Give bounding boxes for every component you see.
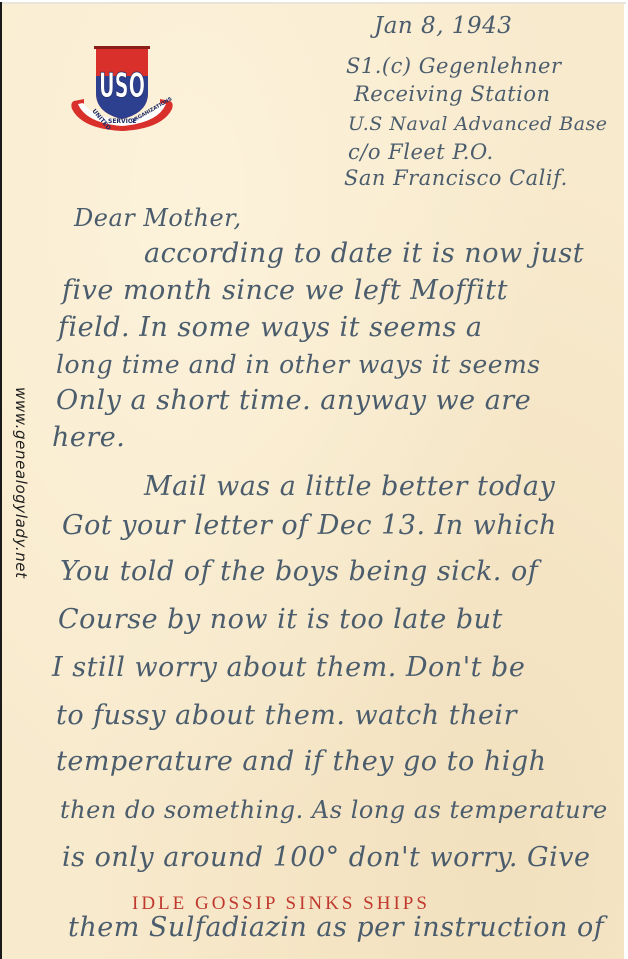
letter-line: You told of the boys being sick. of [60, 554, 538, 590]
watermark: www.genealogylady.net [10, 387, 32, 637]
address-line: c/o Fleet P.O. [348, 140, 494, 164]
letter-line: temperature and if they go to high [56, 744, 547, 780]
address-line: San Francisco Calif. [344, 166, 568, 190]
address-line: S1.(c) Gegenlehner [346, 54, 562, 78]
letter-line: to fussy about them. watch their [56, 698, 517, 734]
letter-line: then do something. As long as temperatur… [60, 792, 608, 828]
letter-line: Mail was a little better today [144, 469, 555, 505]
letter-line: Got your letter of Dec 13. In which [62, 508, 557, 544]
watermark-text: www.genealogylady.net [12, 387, 30, 579]
letter-line: here. [52, 420, 125, 456]
letter-paper: USO UNITED SERVICE ORGANIZATIONS Jan 8, … [0, 2, 624, 959]
letter-line: Course by now it is too late but [58, 602, 503, 638]
letter-line: I still worry about them. Don't be [52, 650, 525, 686]
address-line: U.S Naval Advanced Base [348, 112, 608, 136]
letter-line: five month since we left Moffitt [62, 273, 508, 309]
letter-line: them Sulfadiazin as per instruction of [68, 910, 604, 946]
paper-top-edge [2, 2, 626, 4]
uso-logo: USO UNITED SERVICE ORGANIZATIONS [68, 43, 176, 135]
letter-line: is only around 100° don't worry. Give [62, 840, 590, 876]
address-line: Receiving Station [354, 82, 551, 106]
letter-line: long time and in other ways it seems [56, 347, 541, 383]
svg-text:USO: USO [99, 66, 145, 106]
salutation: Dear Mother, [74, 200, 242, 236]
letter-line: field. In some ways it seems a [58, 310, 483, 346]
letter-line: Only a short time. anyway we are [56, 383, 531, 419]
letter-line: according to date it is now just [144, 236, 584, 272]
letter-date: Jan 8, 1943 [374, 14, 512, 38]
uso-shield-icon: USO UNITED SERVICE ORGANIZATIONS [68, 43, 176, 135]
